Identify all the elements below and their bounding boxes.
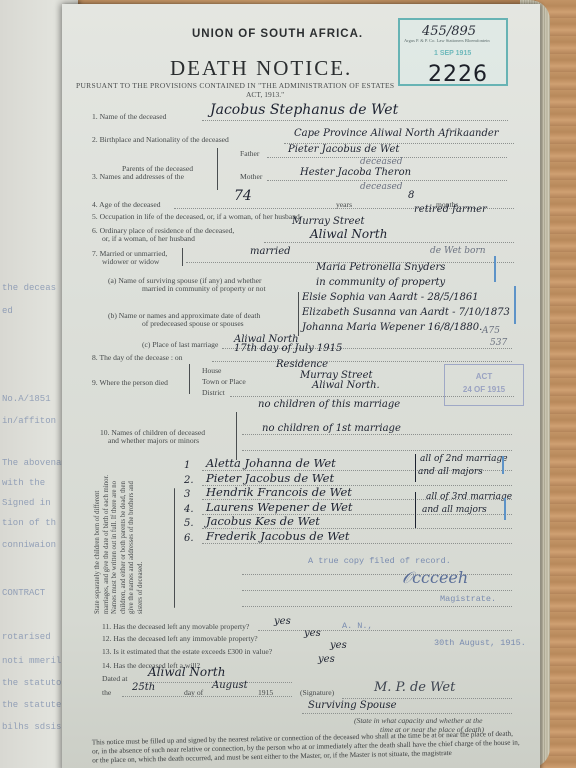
age-months: 8 — [408, 190, 414, 201]
the-label: the — [102, 688, 111, 697]
magistrate-title: Magistrate. — [440, 594, 496, 604]
predeceased-spouse-3: Johanna Maria Wepener 16/8/1880. — [302, 322, 482, 333]
district-value: Aliwal North. — [312, 380, 380, 391]
mother-note: deceased — [360, 182, 403, 192]
will-value: yes — [318, 654, 335, 665]
field-4-label: 4. Age of the deceased — [92, 200, 161, 209]
bleed-text: rotarised — [2, 632, 51, 642]
dated-day: 25th — [132, 682, 155, 693]
bleed-text: No.A/1851 — [2, 394, 51, 404]
dotted-line — [242, 606, 512, 607]
document-title: DEATH NOTICE. — [170, 56, 352, 81]
district-label: District — [202, 388, 225, 397]
field-11-label: 11. Has the deceased left any movable pr… — [102, 622, 249, 631]
dated-place: Aliwal North — [148, 665, 225, 679]
field-1-label: 1. Name of the deceased — [92, 112, 166, 121]
group-note-2: and all majors — [418, 467, 483, 477]
brace — [217, 148, 218, 190]
child-name: Pieter Jacobus de Wet — [206, 471, 334, 485]
decease-date: 17th day of July 1915 — [234, 343, 342, 354]
children-note-2: no children of 1st marriage — [262, 423, 401, 434]
town-label: Town or Place — [202, 377, 246, 386]
years-label: years — [336, 200, 352, 209]
bleed-text: bilhs sdsis — [2, 722, 61, 732]
bleed-text: the statutor — [2, 678, 67, 688]
field-10-label-b: and whether majors or minors — [108, 436, 199, 445]
father-note: deceased — [360, 157, 403, 167]
residence-street: Murray Street — [292, 216, 365, 227]
registration-stamp: 455/895 Argus P. & P. Co. Law Stationers… — [398, 18, 508, 86]
parents-label-b: 3. Names and addresses of the — [92, 172, 184, 181]
dotted-line — [342, 698, 512, 699]
child-name: Laurens Wepener de Wet — [206, 500, 353, 514]
mother-name: Hester Jacoba Theron — [300, 167, 411, 178]
deceased-name: Jacobus Stephanus de Wet — [210, 102, 398, 118]
field-8-label: 8. The day of the decease : on — [92, 353, 183, 362]
spouse-note: de Wet born — [430, 246, 486, 256]
child-number: 4. — [184, 504, 194, 515]
bleed-text: the statute — [2, 700, 61, 710]
act-stamp-line2: 24 OF 1915 — [445, 383, 523, 396]
act-stamp: ACT 24 OF 1915 — [444, 364, 524, 406]
children-instruction: State separately the children born of di… — [94, 469, 145, 614]
blue-pencil-mark — [494, 256, 496, 282]
file-number: 455/895 — [422, 24, 476, 39]
typed-date: 30th August, 1915. — [434, 638, 526, 648]
father-label: Father — [240, 149, 259, 158]
children-note-1: no children of this marriage — [258, 399, 400, 410]
signature-label: (Signature) — [300, 688, 334, 697]
margin-ref-1: A75 — [482, 326, 500, 336]
bleed-text: tion of th — [2, 518, 56, 528]
dotted-line — [242, 434, 512, 435]
community-property: in community of property — [316, 277, 445, 288]
field-6-label-b: or, if a woman, of her husband — [102, 234, 195, 243]
age-years: 74 — [234, 188, 252, 204]
bleed-text: CONTRACT — [2, 588, 45, 598]
birthplace-value: Cape Province Aliwal North Afrikaander — [294, 128, 499, 139]
country-heading: UNION OF SOUTH AFRICA. — [192, 28, 363, 40]
child-number: 5. — [184, 518, 194, 529]
blue-pencil-mark — [504, 498, 506, 520]
dotted-line — [202, 543, 512, 544]
bleed-text: The abovenam — [2, 458, 67, 468]
brace — [412, 454, 416, 482]
child-name: Hendrik Francois de Wet — [206, 485, 352, 499]
child-name: Aletta Johanna de Wet — [206, 456, 336, 470]
dotted-line — [258, 630, 512, 631]
brace — [174, 488, 175, 608]
dotted-line — [212, 361, 512, 362]
child-name: Jacobus Kes de Wet — [206, 514, 320, 528]
group-note-3: all of 3rd marriage — [426, 492, 512, 502]
house-value: Residence — [276, 359, 328, 370]
registration-number: 2226 — [428, 62, 488, 87]
brace — [182, 248, 183, 266]
field-7a-label-b: married in community of property or not — [142, 284, 266, 293]
mother-label: Mother — [240, 172, 262, 181]
signatory-signature: M. P. de Wet — [374, 680, 455, 695]
house-label: House — [202, 366, 221, 375]
act-line: ACT, 1913." — [246, 90, 284, 99]
predeceased-spouse-1: Elsie Sophia van Aardt - 28/5/1861 — [302, 292, 479, 303]
capacity-note-a: (State in what capacity and whether at t… — [354, 716, 482, 725]
marital-status: married — [250, 246, 291, 257]
stamp-date: 1 SEP 1915 — [434, 50, 471, 57]
predeceased-spouse-2: Elizabeth Susanna van Aardt - 7/10/1873 — [302, 307, 510, 318]
occupation-value: retired farmer — [414, 204, 487, 215]
footer-instructions: This notice must be filled up and signed… — [92, 730, 522, 766]
magistrate-signature: 𝒪ccceeh — [402, 568, 468, 588]
act-stamp-line1: ACT — [445, 370, 523, 383]
field-5-label: 5. Occupation in life of the deceased, o… — [92, 212, 300, 221]
blue-pencil-mark — [514, 286, 516, 324]
pursuant-line: PURSUANT TO THE PROVISIONS CONTAINED IN … — [76, 81, 394, 90]
movable-property-value: yes — [274, 616, 291, 627]
dotted-line — [264, 242, 514, 243]
margin-ref-2: 537 — [490, 338, 507, 348]
bleed-text: with the — [2, 478, 45, 488]
dotted-line — [202, 120, 508, 121]
residence-town: Aliwal North — [310, 227, 387, 241]
bleed-text: noti mmeril — [2, 656, 61, 666]
brace — [412, 492, 416, 528]
group-note-1: all of 2nd marriage — [420, 454, 508, 464]
field-13-label: 13. Is it estimated that the estate exce… — [102, 647, 272, 656]
child-number: 2. — [184, 475, 194, 486]
estate-exceeds-value: yes — [330, 640, 347, 651]
bleed-text: Signed in — [2, 498, 51, 508]
child-number: 6. — [184, 533, 194, 544]
child-number: 3 — [184, 489, 190, 500]
dotted-line — [267, 180, 507, 181]
field-9-label: 9. Where the person died — [92, 378, 168, 387]
bleed-text: the deceas — [2, 283, 56, 293]
dotted-line — [242, 574, 512, 575]
death-notice-document: UNION OF SOUTH AFRICA. DEATH NOTICE. PUR… — [62, 4, 540, 768]
field-2-label: 2. Birthplace and Nationality of the dec… — [92, 135, 229, 144]
father-name: Pieter Jacobus de Wet — [288, 144, 399, 155]
brace — [189, 364, 190, 394]
group-note-4: and all majors — [422, 505, 487, 515]
dotted-line — [242, 450, 512, 451]
bleed-text: ed — [2, 306, 13, 316]
dotted-line — [302, 713, 512, 714]
brace — [236, 412, 237, 460]
signatory-capacity: Surviving Spouse — [308, 700, 397, 711]
dotted-line — [242, 590, 512, 591]
child-number: 1 — [184, 460, 190, 471]
stationer-address: Argus P. & P. Co. Law Stationers Bloemfo… — [404, 38, 490, 43]
field-12-label: 12. Has the deceased left any immovable … — [102, 634, 258, 643]
dated-month: August — [212, 680, 248, 691]
child-name: Frederik Jacobus de Wet — [206, 529, 350, 543]
brace — [298, 292, 299, 336]
dotted-line — [122, 696, 292, 697]
field-7-label-b: widower or widow — [102, 257, 159, 266]
field-7b-label-b: of predeceased spouse or spouses — [142, 319, 244, 328]
dated-at-label: Dated at — [102, 674, 128, 683]
surviving-spouse: Maria Petronella Snyders — [316, 262, 445, 273]
field-7c-label: (c) Place of last marriage — [142, 340, 218, 349]
typed-initials: A. N., — [342, 621, 373, 631]
immovable-property-value: yes — [304, 628, 321, 639]
bleed-text: in/affiton — [2, 416, 56, 426]
blue-pencil-mark — [502, 456, 504, 474]
certification-text: A true copy filed of record. — [308, 556, 451, 566]
